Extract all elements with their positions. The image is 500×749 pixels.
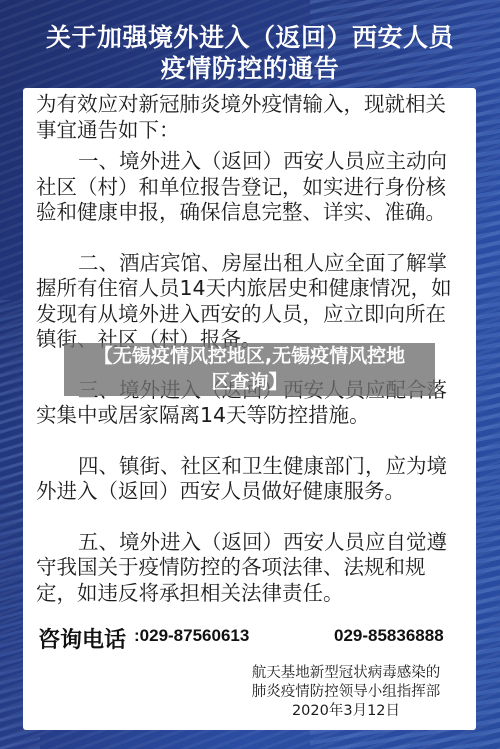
hotline-label: 咨询电话: [38, 623, 126, 654]
signature-date: 2020年3月12日: [236, 702, 456, 721]
item-4: 四、镇街、社区和卫生健康部门，应为境外进入（返回）西安人员做好健康服务。: [36, 454, 466, 505]
item-5: 五、境外进入（返回）西安人员应自觉遵守我国关于疫情防控的各项法律、法规和规定，如…: [36, 530, 466, 607]
item-1: 一、境外进入（返回）西安人员应主动向社区（村）和单位报告登记，如实进行身份核验和…: [36, 149, 466, 226]
hotline-phone-1: :029-87560613: [134, 626, 249, 646]
caption-line-2: 区查询】: [64, 369, 435, 395]
item-2: 二、酒店宾馆、房屋出租人应全面了解掌握所有住宿人员14天内旅居史和健康情况，如发…: [36, 251, 466, 353]
title-line-1: 关于加强境外进入（返回）西安人员: [0, 22, 500, 53]
caption-line-1: 【无锡疫情风控地区,无锡疫情风控地: [64, 343, 435, 369]
poster-title: 关于加强境外进入（返回）西安人员 疫情防控的通告: [0, 22, 500, 84]
title-line-2: 疫情防控的通告: [0, 53, 500, 84]
signature-line-1: 航天基地新型冠状病毒感染的: [236, 664, 456, 683]
signature-block: 航天基地新型冠状病毒感染的 肺炎疫情防控领导小组指挥部 2020年3月12日: [236, 664, 456, 721]
hotline: 咨询电话 :029-87560613 029-85836888: [38, 623, 468, 653]
signature-line-2: 肺炎疫情防控领导小组指挥部: [236, 683, 456, 702]
hotline-phone-2: 029-85836888: [334, 626, 444, 646]
intro-paragraph: 为有效应对新冠肺炎境外疫情输入，现就相关事宜通告如下：: [36, 92, 466, 143]
caption-overlay: 【无锡疫情风控地区,无锡疫情风控地 区查询】: [64, 343, 435, 396]
notice-card: 为有效应对新冠肺炎境外疫情输入，现就相关事宜通告如下： 一、境外进入（返回）西安…: [23, 88, 476, 730]
